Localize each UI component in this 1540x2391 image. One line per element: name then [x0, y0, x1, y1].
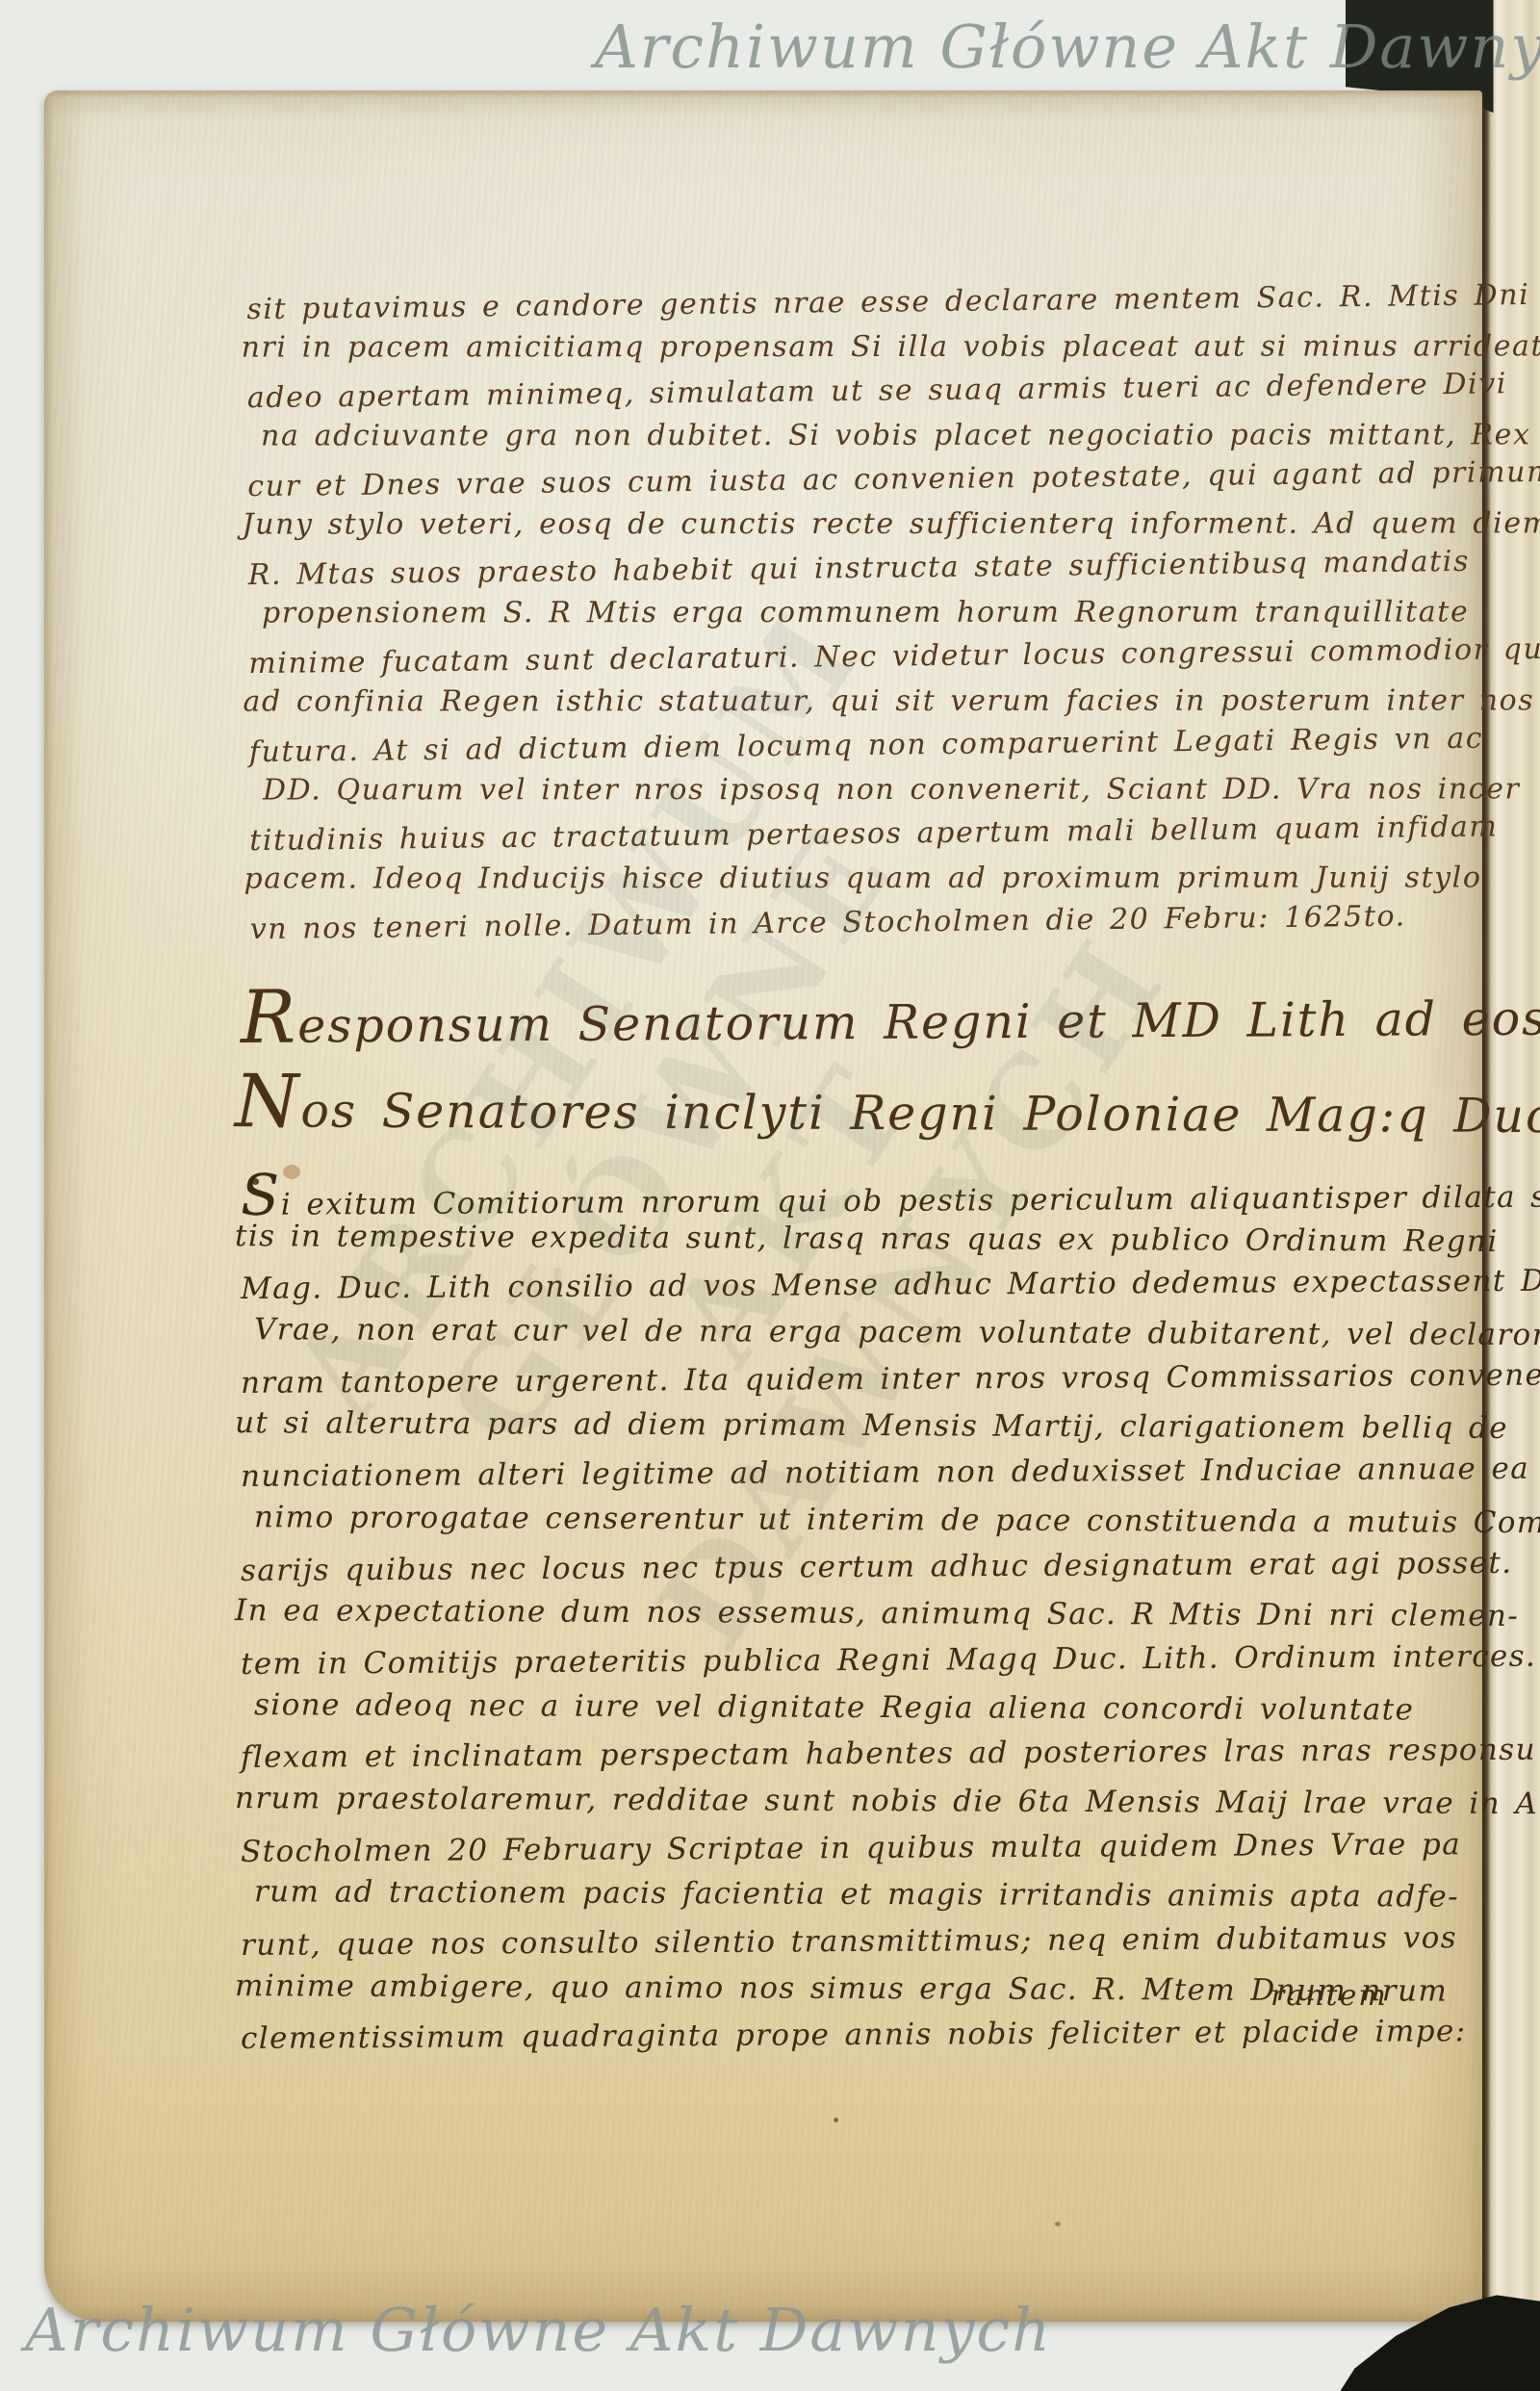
manuscript-line: cur et Dnes vrae suos cum iusta ac conve… — [247, 451, 1462, 509]
manuscript-line: rum ad tractionem pacis facientia et mag… — [254, 1869, 1482, 1921]
manuscript-line: adeo apertam minimeq, simulatam ut se su… — [247, 363, 1462, 421]
manuscript-line: clementissimum quadraginta prope annis n… — [241, 2008, 1482, 2063]
manuscript-line: nimo prorogatae censerentur ut interim d… — [254, 1494, 1482, 1546]
ink-blot — [834, 2118, 838, 2122]
manuscript-line: flexam et inclinatam perspectam habentes… — [241, 1727, 1482, 1782]
manuscript-line: In ea expectatione dum nos essemus, anim… — [235, 1587, 1482, 1639]
manuscript-line: runt, quae nos consulto silentio transmi… — [241, 1915, 1482, 1969]
manuscript-line: Stocholmen 20 February Scriptae in quibu… — [241, 1821, 1482, 1876]
catchword: rantem — [1270, 1979, 1388, 2013]
manuscript-line: nri in pacem amicitiamq propensam Si ill… — [242, 324, 1462, 370]
manuscript-line: propensionem S. R Mtis erga communem hor… — [262, 590, 1463, 635]
manuscript-line: sione adeoq nec a iure vel dignitate Reg… — [254, 1682, 1482, 1734]
scanned-manuscript-page: sit putavimus e candore gentis nrae esse… — [0, 0, 1540, 2391]
manuscript-line: tem in Comitijs praeteritis publica Regn… — [241, 1633, 1482, 1688]
manuscript-line: na adciuvante gra non dubitet. Si vobis … — [261, 413, 1462, 458]
manuscript-line: sarijs quibus nec locus nec tpus certum … — [241, 1540, 1482, 1595]
manuscript-line: Juny stylo veteri, eosq de cunctis recte… — [242, 501, 1462, 547]
ink-blot — [283, 1165, 300, 1179]
manuscript-line: R. Mtas suos praesto habebit qui instruc… — [248, 540, 1463, 598]
ink-blot — [252, 1178, 259, 1185]
manuscript-line: sit putavimus e candore gentis nrae esse… — [246, 274, 1461, 332]
manuscript-line: nrum praestolaremur, redditae sunt nobis… — [235, 1775, 1482, 1827]
archive-watermark-bottom: Archiwum Główne Akt Dawnych — [25, 2295, 1052, 2365]
ink-blot — [1055, 2222, 1061, 2226]
archive-watermark-top: Archiwum Główne Akt Dawnych — [595, 12, 1540, 82]
